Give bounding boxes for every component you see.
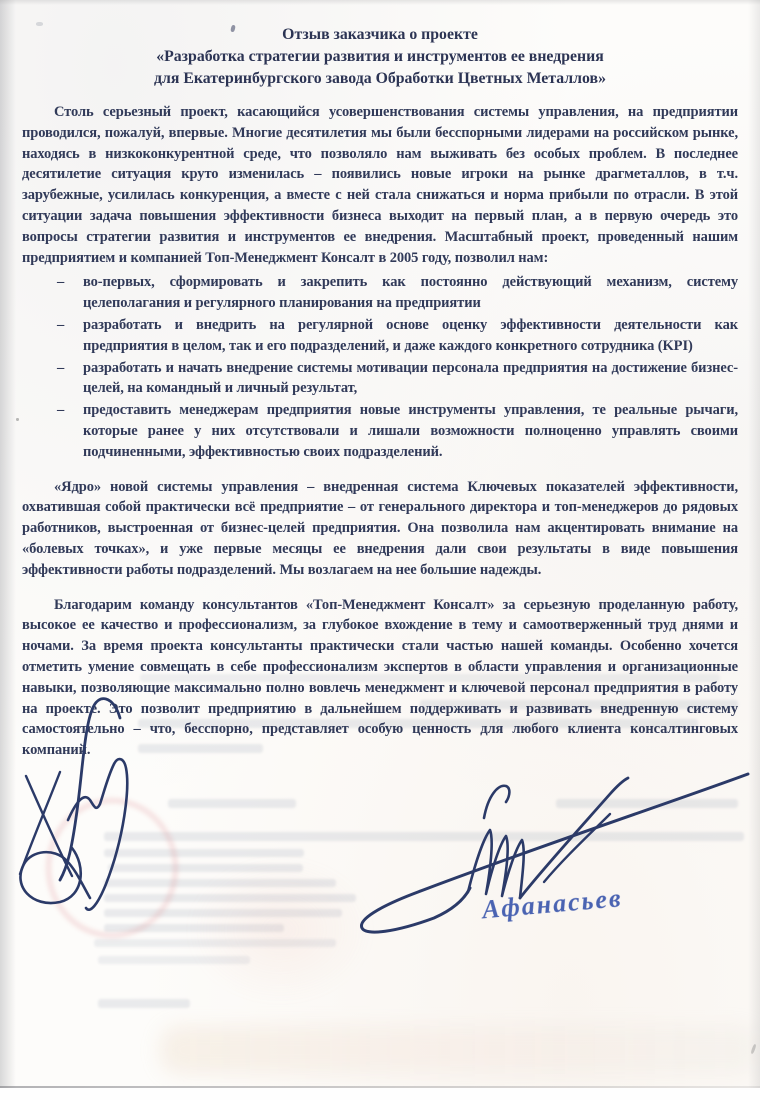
bullet-dash: – <box>57 272 83 314</box>
bullet-item: – предоставить менеджерам предприятия но… <box>57 400 738 462</box>
bullet-text: во-первых, сформировать и закрепить как … <box>83 272 738 314</box>
bullet-dash: – <box>57 400 83 462</box>
bullet-text: разработать и начать внедрение системы м… <box>83 358 738 400</box>
stamp-remnant-blob <box>185 855 375 1005</box>
page-edge-left <box>0 0 16 1100</box>
bullet-dash: – <box>57 315 83 357</box>
bullet-dash: – <box>57 358 83 400</box>
document-title: Отзыв заказчика о проекте «Разработка ст… <box>22 24 738 90</box>
scan-discoloration-band <box>160 1026 760 1074</box>
page-edge-top <box>0 0 760 5</box>
bleedthrough-line <box>98 999 190 1008</box>
bullet-text: предоставить менеджерам предприятия новы… <box>83 400 738 462</box>
paragraph-2: «Ядро» новой системы управления – внедре… <box>22 477 738 581</box>
document-title-line: для Екатеринбургского завода Обработки Ц… <box>22 68 738 90</box>
bullet-item: – разработать и начать внедрение системы… <box>57 358 738 400</box>
bullet-list: – во-первых, сформировать и закрепить ка… <box>57 272 738 462</box>
paragraph-1: Столь серьезный проект, касающийся усове… <box>22 102 738 268</box>
scan-speck <box>16 418 19 421</box>
scanner-background <box>0 1088 760 1100</box>
document-title-line: «Разработка стратегии развития и инструм… <box>22 46 738 68</box>
signature-left <box>2 688 147 923</box>
scanned-letter-page: Отзыв заказчика о проекте «Разработка ст… <box>0 0 760 1100</box>
bleedthrough-line <box>168 799 296 808</box>
bullet-item: – во-первых, сформировать и закрепить ка… <box>57 272 738 314</box>
bullet-text: разработать и внедрить на регулярной осн… <box>83 315 738 357</box>
document-title-line: Отзыв заказчика о проекте <box>22 24 738 46</box>
document-body: Отзыв заказчика о проекте «Разработка ст… <box>22 24 738 775</box>
bullet-item: – разработать и внедрить на регулярной о… <box>57 315 738 357</box>
